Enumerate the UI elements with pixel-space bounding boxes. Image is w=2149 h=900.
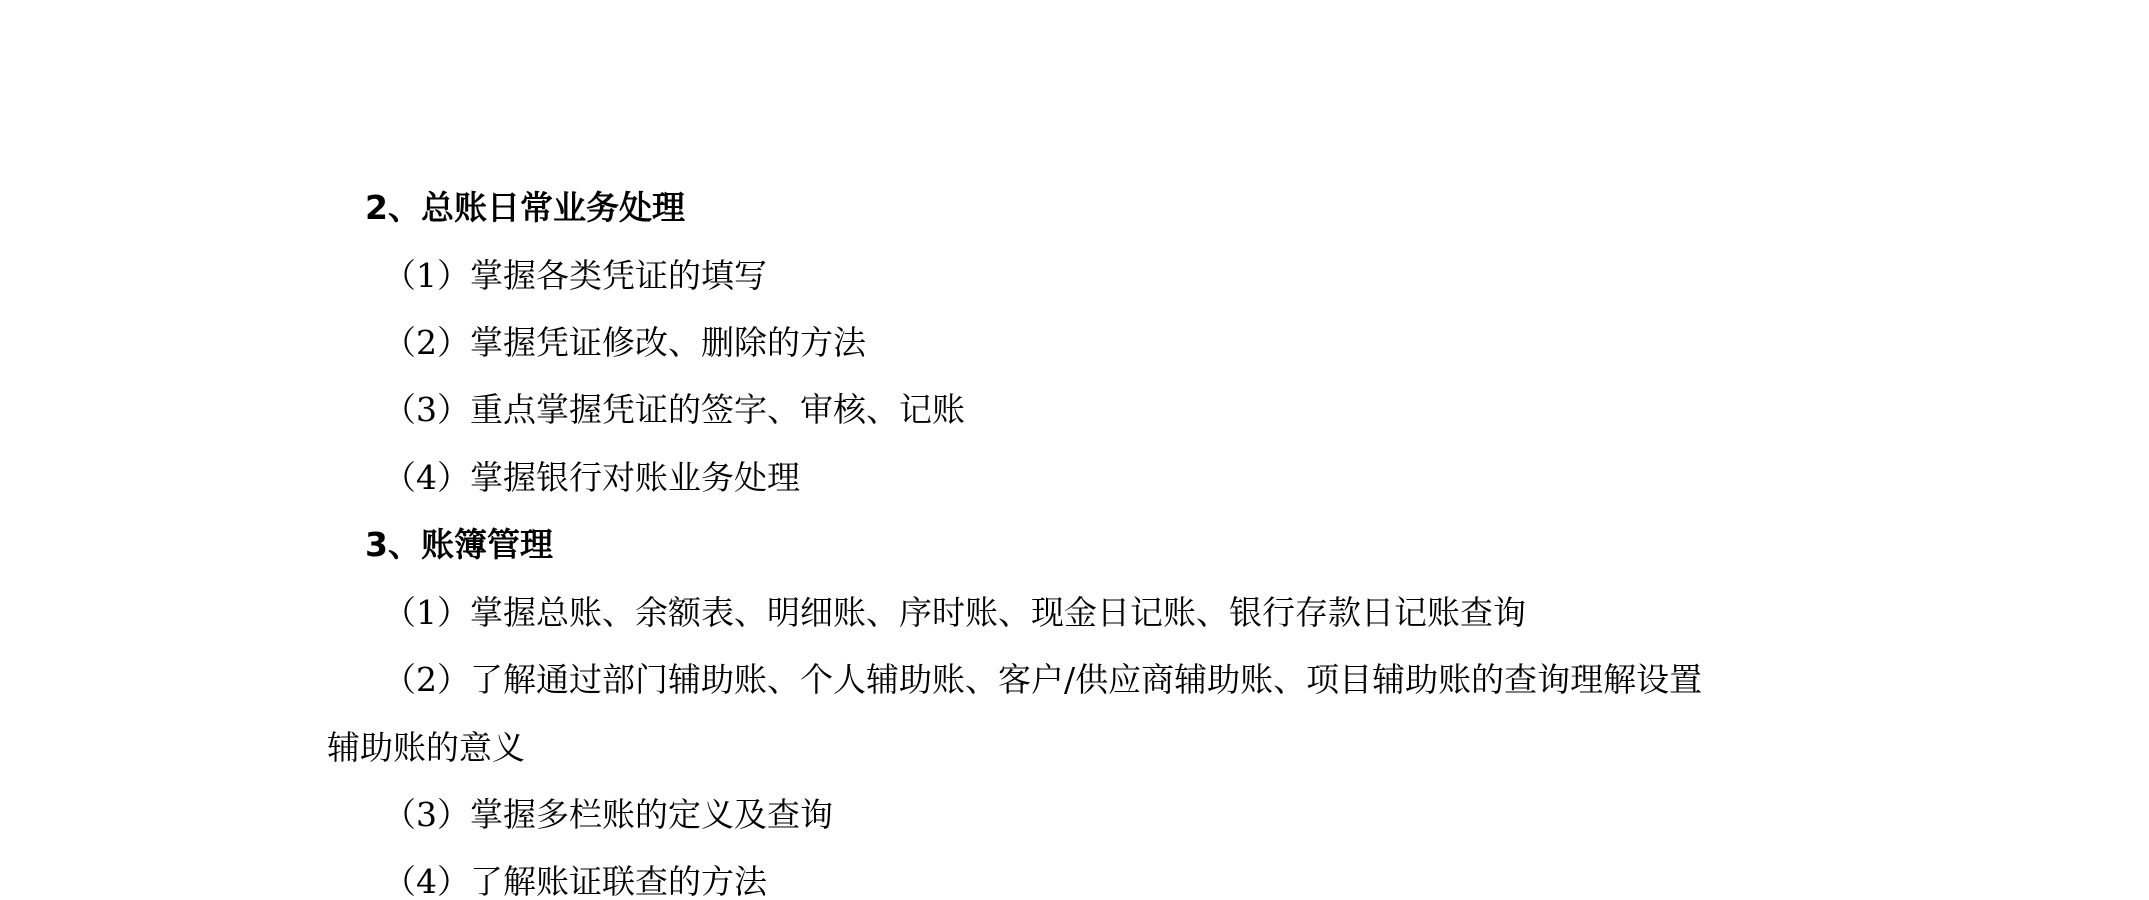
item-number: （4） xyxy=(383,458,470,498)
item-number: （2） xyxy=(383,323,470,363)
item-text: 掌握多栏账的定义及查询 xyxy=(470,795,833,834)
item-number: （3） xyxy=(383,795,470,835)
item-number: （1） xyxy=(383,256,470,296)
item-number: （3） xyxy=(383,390,470,430)
item-number: （4） xyxy=(383,862,470,900)
list-item: （3）掌握多栏账的定义及查询 xyxy=(383,795,833,835)
item-number: （1） xyxy=(383,593,470,633)
section-heading-ledger-management: 3、账簿管理 xyxy=(365,525,553,565)
item-text: 掌握银行对账业务处理 xyxy=(470,458,800,497)
list-item: （2）掌握凭证修改、删除的方法 xyxy=(383,323,866,363)
item-text: 了解账证联查的方法 xyxy=(470,862,767,900)
list-item: （1）掌握各类凭证的填写 xyxy=(383,256,767,296)
document-page: 2、总账日常业务处理 （1）掌握各类凭证的填写 （2）掌握凭证修改、删除的方法 … xyxy=(0,0,2149,900)
list-item: （2）了解通过部门辅助账、个人辅助账、客户/供应商辅助账、项目辅助账的查询理解设… xyxy=(383,660,1702,700)
list-item: （1）掌握总账、余额表、明细账、序时账、现金日记账、银行存款日记账查询 xyxy=(383,593,1526,633)
item-text: 掌握凭证修改、删除的方法 xyxy=(470,323,866,362)
item-text: 掌握总账、余额表、明细账、序时账、现金日记账、银行存款日记账查询 xyxy=(470,593,1526,632)
list-item: （4）掌握银行对账业务处理 xyxy=(383,458,800,498)
section-heading-general-ledger: 2、总账日常业务处理 xyxy=(365,188,685,228)
item-number: （2） xyxy=(383,660,470,700)
list-item: （4）了解账证联查的方法 xyxy=(383,862,767,900)
item-text: 重点掌握凭证的签字、审核、记账 xyxy=(470,390,965,429)
list-item-continuation: 辅助账的意义 xyxy=(327,728,525,768)
item-text: 了解通过部门辅助账、个人辅助账、客户/供应商辅助账、项目辅助账的查询理解设置 xyxy=(470,660,1702,699)
item-text: 掌握各类凭证的填写 xyxy=(470,256,767,295)
list-item: （3）重点掌握凭证的签字、审核、记账 xyxy=(383,390,965,430)
